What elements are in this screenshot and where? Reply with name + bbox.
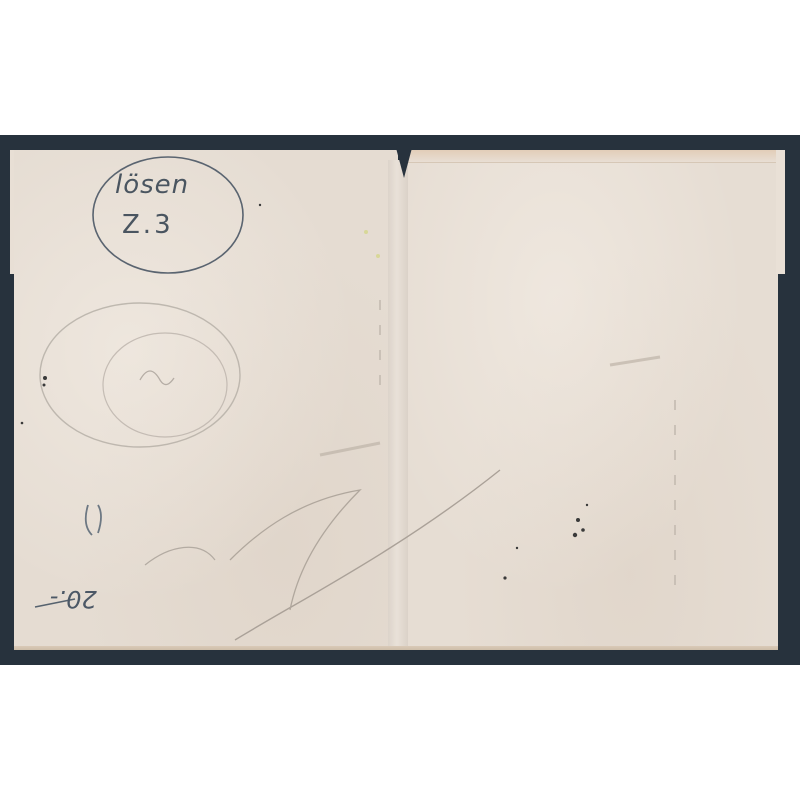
torn-notch bbox=[396, 148, 412, 178]
right-paper-tab bbox=[776, 150, 785, 274]
bottom-paper-edge bbox=[14, 646, 778, 650]
center-fold bbox=[388, 160, 410, 650]
cover-right-panel bbox=[408, 152, 778, 650]
pencil-price-note: 20.- bbox=[50, 585, 97, 613]
cover-left-panel bbox=[14, 150, 398, 650]
pencil-note-z3: Z.3 bbox=[122, 210, 174, 240]
pencil-note-losen: lösen bbox=[115, 170, 189, 200]
top-flap-edge bbox=[408, 150, 780, 163]
photo-stage: lösen Z.3 20.- bbox=[0, 0, 800, 800]
